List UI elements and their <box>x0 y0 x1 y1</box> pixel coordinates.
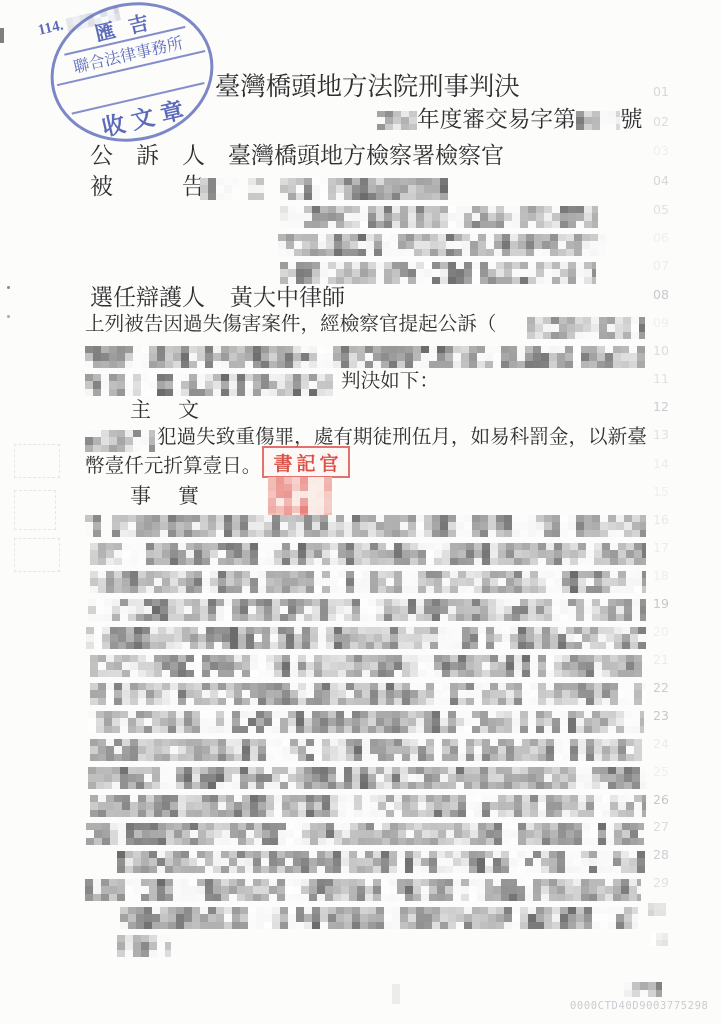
line-number: 08 <box>653 287 679 302</box>
line-number: 19 <box>653 596 679 611</box>
line-number: 03 <box>653 143 679 158</box>
case-number-after: 號 <box>620 107 643 133</box>
redacted-line <box>112 515 646 537</box>
redacted-line <box>88 599 646 621</box>
prosecutor-label: 公 訴 人 <box>90 143 205 168</box>
verdict-lead: 判決如下： <box>341 371 439 394</box>
redacted-line <box>120 907 638 929</box>
line-number: 06 <box>653 230 679 245</box>
ghost-stamp-imprint <box>14 538 60 572</box>
redacted-line <box>90 655 644 677</box>
defender-label: 選任辯護人 <box>90 285 205 310</box>
line-number: 27 <box>653 819 679 834</box>
redacted-line <box>90 739 642 761</box>
redacted-line <box>85 879 641 901</box>
redacted-line <box>88 767 646 789</box>
case-number-before: 年度審交易字第 <box>417 107 576 133</box>
scanned-judgment-page: 匯吉 聯合法律事務所 114. 收文章 臺灣橋頭地方法院刑事判決 年度審交易字第… <box>0 0 721 1024</box>
line-number: 18 <box>653 568 679 583</box>
redacted-line <box>88 711 644 733</box>
line-number: 09 <box>653 315 679 330</box>
redacted-line <box>280 178 450 200</box>
case-number-line: 年度審交易字第號 <box>377 107 643 134</box>
law-firm-receipt-stamp: 匯吉 聯合法律事務所 114. 收文章 <box>37 0 228 158</box>
scan-dot-artifact <box>7 286 10 289</box>
line-number: 04 <box>653 173 679 188</box>
redacted-line <box>85 346 645 368</box>
redacted-line <box>86 823 644 845</box>
defender-name: 黃大中律師 <box>230 285 345 310</box>
line-number: 17 <box>653 540 679 555</box>
line-number: 12 <box>653 399 679 414</box>
redacted-line <box>85 374 333 396</box>
line-number: 05 <box>653 202 679 217</box>
line-number: 26 <box>653 792 679 807</box>
redacted-line <box>90 683 646 705</box>
line-number-30-redaction <box>648 903 668 916</box>
redacted-line <box>527 317 645 339</box>
redacted-line <box>90 571 646 593</box>
redacted-line <box>86 627 646 649</box>
clerk-stamp: 書記官 <box>262 446 350 478</box>
redacted-line <box>85 515 101 537</box>
case-number-redaction <box>576 111 620 131</box>
line-number: 29 <box>653 875 679 890</box>
sentence-line-1: 犯過失致重傷罪，處有期徒刑伍月，如易科罰金，以新臺 <box>157 427 647 450</box>
line-number: 02 <box>653 114 679 129</box>
redacted-line <box>248 178 266 200</box>
line-number: 15 <box>653 484 679 499</box>
prosecutor-name: 臺灣橋頭地方檢察署檢察官 <box>228 143 504 168</box>
line-number: 25 <box>653 764 679 779</box>
defendant-label: 被 告 <box>90 174 205 199</box>
main-text-heading: 主 文 <box>130 398 202 422</box>
scan-dot-artifact <box>7 315 10 318</box>
line-number: 07 <box>653 258 679 273</box>
redacted-line <box>90 795 646 817</box>
prosecutor-line: 公 訴 人臺灣橋頭地方檢察署檢察官 <box>90 143 504 169</box>
defender-line: 選任辯護人黃大中律師 <box>90 285 345 311</box>
line-number: 14 <box>653 456 679 471</box>
redacted-line <box>117 851 647 873</box>
line-number: 01 <box>653 84 679 99</box>
redacted-line <box>85 430 155 452</box>
line-number: 24 <box>653 736 679 751</box>
line-number: 11 <box>653 371 679 386</box>
redacted-line <box>200 178 238 200</box>
facts-heading: 事 實 <box>130 484 202 508</box>
redacted-line <box>90 543 646 565</box>
sentence-line-2: 幣壹仟元折算壹日。 <box>85 456 261 479</box>
line-number: 23 <box>653 708 679 723</box>
defendant-line: 被 告 <box>90 174 205 200</box>
line-number: 21 <box>653 652 679 667</box>
line-number: 20 <box>653 624 679 639</box>
line-number-31-redaction <box>650 933 668 946</box>
redacted-line <box>117 935 171 957</box>
line-number: 28 <box>653 847 679 862</box>
document-code: 0000CTD40D9003775298 <box>570 1000 708 1012</box>
redacted-line <box>624 982 662 997</box>
line-number: 22 <box>653 680 679 695</box>
judgment-title: 臺灣橋頭地方法院刑事判決 <box>215 73 520 102</box>
line-number: 10 <box>653 343 679 358</box>
ghost-stamp-imprint <box>14 490 56 530</box>
scan-smudge-artifact <box>392 984 400 1004</box>
redacted-line <box>280 206 598 228</box>
ghost-stamp-imprint <box>14 444 60 478</box>
redacted-line <box>280 262 596 284</box>
intro-line: 上列被告因過失傷害案件，經檢察官提起公訴（ <box>85 314 496 337</box>
line-number: 13 <box>653 427 679 442</box>
redacted-line <box>278 234 608 256</box>
scan-edge-artifact <box>0 28 4 43</box>
line-number: 16 <box>653 512 679 527</box>
case-year-redaction <box>377 111 417 131</box>
